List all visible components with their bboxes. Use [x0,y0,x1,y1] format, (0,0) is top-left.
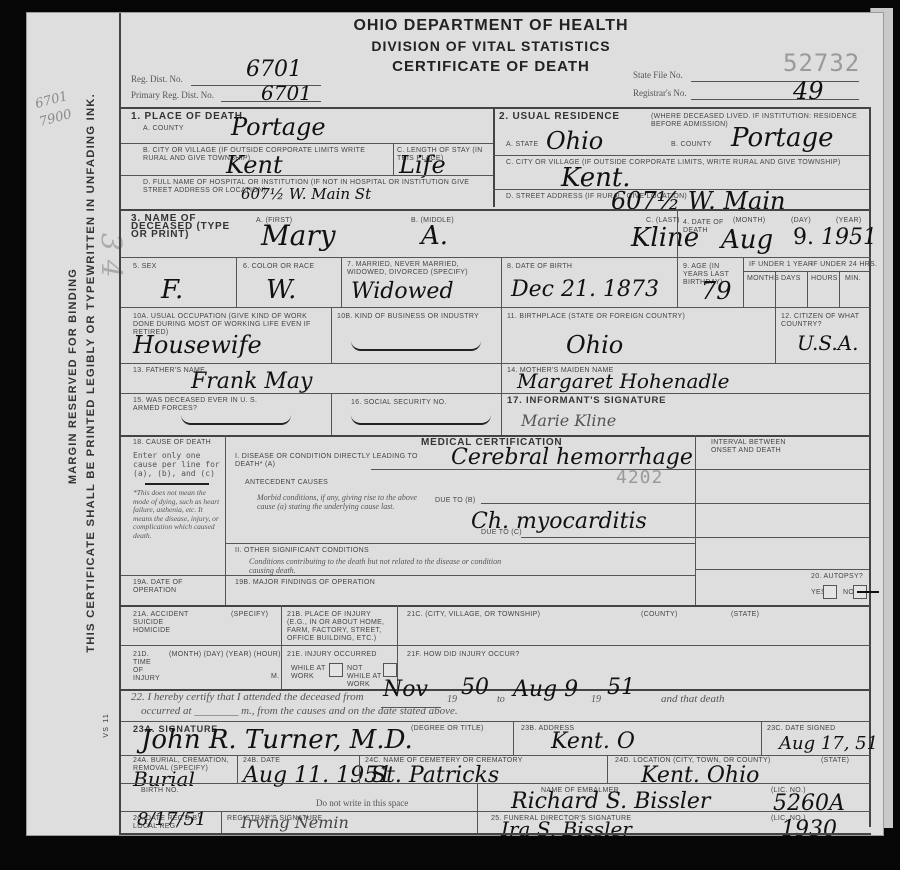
do-not-write-note: Do not write in this space [316,799,408,808]
residence-heading: 2. USUAL RESIDENCE [499,113,620,121]
burial-date-value[interactable]: Aug 11. 1951 [243,763,392,788]
marital-label: 7. MARRIED, NEVER MARRIED, WIDOWED, DIVO… [347,261,497,277]
interval-label: INTERVAL BETWEEN ONSET AND DEATH [711,439,801,455]
other-conditions-label: II. OTHER SIGNIFICANT CONDITIONS [235,547,369,555]
not-while-at-work-checkbox[interactable] [383,663,397,677]
attended-from-year[interactable]: 50 [461,675,489,700]
state-file-label: State File No. [633,71,683,80]
sex-label: 5. SEX [133,263,157,271]
marital-value[interactable]: Widowed [351,279,454,304]
under-1-year-label: If Under 1 Year [749,261,813,269]
occupation-value[interactable]: Housewife [133,331,262,359]
registrar-no-label: Registrar's No. [633,89,687,98]
division-title: DIVISION OF VITAL STATISTICS [331,38,651,54]
birth-no-label: BIRTH NO. [141,787,179,795]
birthplace-value[interactable]: Ohio [566,331,623,359]
ssn-blank-dash [351,415,491,425]
certify-statement: 22. I hereby certify that I attended the… [131,693,364,702]
cause-of-death-label: 18. CAUSE OF DEATH [133,439,211,447]
death-certificate: 6701 7900 3 4 MARGIN RESERVED FOR BINDIN… [26,12,884,836]
injury-time-columns: (Month) (Day) (Year) (Hour) [169,651,281,659]
state-file-number: 52732 [783,49,860,77]
birthplace-label: 11. BIRTHPLACE (State or foreign country… [507,313,707,321]
injury-county-label: (COUNTY) [641,611,678,619]
age-value[interactable]: 79 [701,277,732,305]
father-name-value[interactable]: Frank May [191,369,312,394]
county-label: a. COUNTY [143,125,184,133]
reg-dist-label: Reg. Dist. No. [131,75,183,84]
injury-how-label: 21f. HOW DID INJURY OCCUR? [407,651,520,659]
armed-forces-label: 15. WAS DECEASED EVER IN U. S. ARMED FOR… [133,397,273,413]
death-month-value[interactable]: Aug [721,225,773,255]
race-value[interactable]: W. [266,275,296,305]
min-label: Min. [845,275,861,283]
attended-to-year[interactable]: 51 [607,675,635,700]
year-prefix: 19 [591,695,601,704]
antecedent-label: ANTECEDENT CAUSES [245,479,328,487]
sex-value[interactable]: F. [161,275,183,305]
while-at-work-label: While at Work [291,665,327,681]
injury-time-m: m. [271,673,279,681]
hospital-value[interactable]: 607½ W. Main St [241,185,371,203]
due-to-b-label: DUE TO (b) [435,497,475,505]
degree-label: (Degree or title) [411,725,484,733]
autopsy-yes-checkbox[interactable] [823,585,837,599]
month-col-label: (Month) [733,217,765,225]
injury-occurred-label: 21e. INJURY OCCURRED [287,651,377,659]
date-signed-value[interactable]: Aug 17, 51 [779,733,878,754]
injury-state-label: (STATE) [731,611,759,619]
burial-location-state-label: (State) [821,757,849,765]
ssn-label: 16. SOCIAL SECURITY NO. [351,399,447,407]
not-while-at-work-label: Not While at Work [347,665,383,689]
antecedent-note: Morbid conditions, if any, giving rise t… [257,493,427,511]
funeral-director-signature[interactable]: Ira S. Bissler [501,817,632,841]
place-of-death-heading: 1. PLACE OF DEATH [131,113,243,121]
injury-time-label: 21d. TIME OF INJURY [133,651,163,683]
date-signed-label: 23c. DATE SIGNED [767,725,835,733]
armed-forces-blank-dash [181,415,291,425]
margin-binding-text: MARGIN RESERVED FOR BINDING [67,268,79,484]
line-a-label: I. DISEASE OR CONDITION DIRECTLY LEADING… [235,453,435,469]
attended-from-value[interactable]: Nov [383,677,428,702]
residence-state-label: a. STATE [506,141,538,149]
birth-date-label: 8. DATE OF BIRTH [507,263,572,271]
mother-name-value[interactable]: Margaret Hohenadle [517,369,730,393]
race-label: 6. COLOR OR RACE [243,263,314,271]
cause-instruction: Enter only one cause per line for (a), (… [133,451,221,478]
binding-margin: 6701 7900 3 4 MARGIN RESERVED FOR BINDIN… [27,13,119,835]
margin-legibility-text: THIS CERTIFICATE SHALL BE PRINTED LEGIBL… [85,93,97,653]
specify-label: (Specify) [231,611,268,619]
informant-label: 17. INFORMANT'S SIGNATURE [507,397,666,405]
reg-dist-value: 6701 [246,57,302,82]
citizenship-label: 12. CITIZEN OF WHAT COUNTRY? [781,313,866,329]
cause-footnote: *This does not mean the mode of dying, s… [133,489,221,540]
accident-label: 21a. ACCIDENT SUICIDE HOMICIDE [133,611,193,635]
form-code: VS 11 [103,713,110,738]
death-year-value[interactable]: 1951 [821,225,877,250]
operation-findings-label: 19b. MAJOR FINDINGS OF OPERATION [235,579,375,587]
days-label: Days [781,275,801,283]
while-at-work-checkbox[interactable] [329,663,343,677]
certify-tail: and that death [661,695,725,704]
cause-code-stamp: 4202 [616,467,663,488]
registrar-no-value: 49 [793,77,824,105]
embalmer-license[interactable]: 5260A [773,791,845,816]
name-label: 3. NAME OF DECEASED (TYPE OR PRINT) [131,215,241,239]
informant-signature[interactable]: Marie Kline [521,411,616,430]
other-conditions-note: Conditions contributing to the death but… [249,557,509,575]
primary-reg-dist-value: 6701 [261,81,312,105]
residence-state-value[interactable]: Ohio [546,127,603,155]
residence-city-label: c. CITY OR VILLAGE (If outside corporate… [506,159,846,167]
year-prefix: 19 [447,695,457,704]
middle-name-value[interactable]: A. [421,221,448,251]
birth-date-value[interactable]: Dec 21. 1873 [511,277,659,302]
hours-label: Hours [811,275,838,283]
death-county-value[interactable]: Portage [231,113,326,141]
residence-county-value[interactable]: Portage [731,123,834,153]
injury-city-label: 21c. (CITY, VILLAGE, OR TOWNSHIP) [407,611,540,619]
cause-line-c[interactable]: Ch. myocarditis [471,509,647,534]
physician-signature[interactable]: John R. Turner, M.D. [141,725,413,755]
date-received-value[interactable]: 8/17/51 [137,809,206,830]
business-blank-dash [351,341,481,351]
death-day-value[interactable]: 9. [793,225,814,250]
department-title: OHIO DEPARTMENT OF HEALTH [331,17,651,35]
certificate-form: OHIO DEPARTMENT OF HEALTH DIVISION OF VI… [119,13,885,835]
first-name-value[interactable]: Mary [261,219,336,252]
attended-to-value[interactable]: Aug 9 [513,677,578,702]
primary-reg-dist-label: Primary Reg. Dist. No. [131,91,214,100]
autopsy-label: 20. AUTOPSY? [811,573,863,581]
cemetery-value[interactable]: St. Patricks [371,763,499,788]
year-col-label: (Year) [836,217,862,225]
burial-location-value[interactable]: Kent. Ohio [641,763,759,788]
under-24-hrs-label: If Under 24 Hrs. [811,261,877,269]
injury-place-label: 21b. PLACE OF INJURY (e.g., in or about … [287,611,387,643]
registrar-signature[interactable]: Irving Nemin [241,813,349,832]
to-label: to [497,695,505,704]
operation-date-label: 19a. DATE OF OPERATION [133,579,221,595]
director-license[interactable]: 1930 [781,817,837,842]
certify-line-2: occurred at ________ m., from the causes… [141,707,458,716]
residence-county-label: b. COUNTY [671,141,712,149]
certificate-title: CERTIFICATE OF DEATH [331,58,651,75]
day-col-label: (Day) [791,217,811,225]
citizenship-value[interactable]: U.S.A. [797,331,859,355]
physician-address[interactable]: Kent. O [551,729,635,754]
business-label: 10b. KIND OF BUSINESS OR INDUSTRY [337,313,487,321]
